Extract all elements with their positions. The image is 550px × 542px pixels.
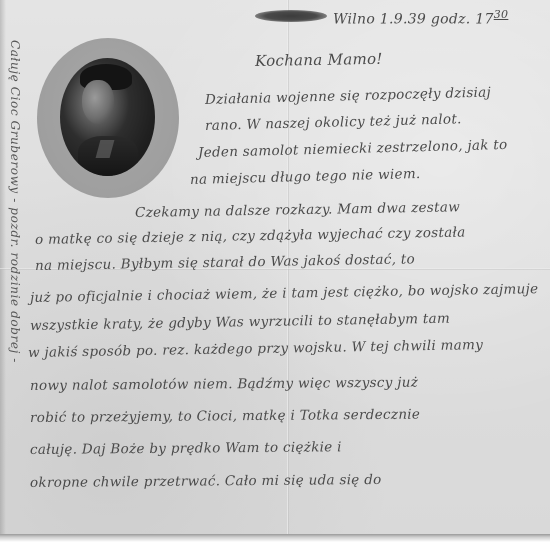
- letter-date: Wilno 1.9.39 godz. 1730: [333, 8, 508, 28]
- letter-line: Działania wojenne się rozpoczęły dzisiaj: [205, 85, 491, 108]
- date-text: Wilno 1.9.39 godz. 17: [333, 12, 494, 28]
- portrait-uniform: [78, 136, 138, 176]
- paper-bottom-edge: [0, 534, 550, 542]
- letter-line: o matkę co się dzieje z nią, czy zdążyła…: [35, 224, 466, 248]
- letter-line: Jeden samolot niemiecki zestrzelono, jak…: [198, 137, 508, 161]
- letter-line: okropne chwile przetrwać. Cało mi się ud…: [30, 472, 382, 491]
- letter-line: rano. W naszej okolicy też już nalot.: [205, 111, 462, 134]
- scribbled-out-place-name: [255, 10, 327, 22]
- margin-note-vertical: Całuję Cioc Gruberowy - pozdr. rodzinie …: [8, 40, 22, 363]
- letter-line: wszystkie kraty, że gdyby Was wyrzucili …: [30, 311, 450, 334]
- portrait-photo: [60, 58, 155, 176]
- letter-line: całuję. Daj Boże by prędko Wam to ciężki…: [30, 439, 342, 458]
- letter-salutation: Kochana Mamo!: [255, 50, 383, 70]
- letter-line: w jakiś sposób po. rez. każdego przy woj…: [28, 337, 483, 361]
- portrait-face: [82, 80, 114, 124]
- letter-paper: Wilno 1.9.39 godz. 1730 Kochana Mamo! Ca…: [0, 0, 550, 537]
- time-minutes: 30: [494, 8, 509, 21]
- letter-line: na miejscu. Byłbym się starał do Was jak…: [35, 251, 415, 274]
- letter-line: już po oficjalnie i chociaż wiem, że i t…: [30, 281, 539, 306]
- letter-line: Czekamy na dalsze rozkazy. Mam dwa zesta…: [135, 199, 460, 221]
- letter-line: na miejscu długo tego nie wiem.: [190, 166, 421, 188]
- letter-line: robić to przeżyjemy, to Cioci, matkę i T…: [30, 407, 420, 426]
- letter-line: nowy nalot samolotów niem. Bądźmy więc w…: [30, 375, 418, 394]
